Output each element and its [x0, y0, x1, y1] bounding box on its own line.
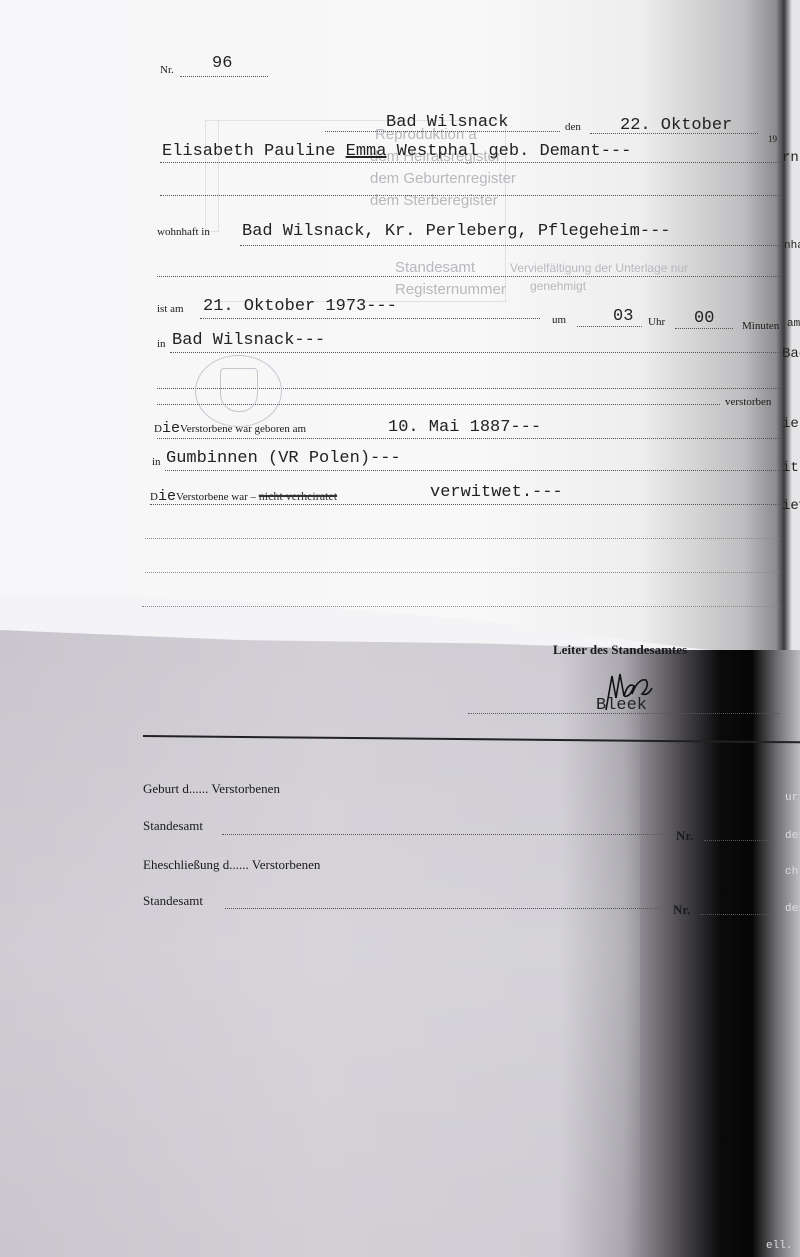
- adjacent-page-fragment: am: [787, 318, 800, 330]
- dotted-line: [157, 276, 780, 277]
- dotted-line: [704, 840, 774, 841]
- show-through-text: Standesamt: [395, 258, 475, 278]
- dotted-line: [200, 318, 540, 319]
- paper-sheen: [0, 640, 640, 1257]
- dotted-line: [675, 328, 733, 329]
- marital-line-label: DieVerstorbene war – nicht verheiratet: [150, 488, 337, 505]
- residence: Bad Wilsnack, Kr. Perleberg, Pflegeheim-…: [242, 222, 670, 241]
- dotted-line: [157, 438, 780, 439]
- adjacent-page-fragment: rn: [782, 150, 799, 166]
- show-through-box-small: [205, 120, 219, 232]
- show-through-text: dem Sterberegister: [370, 191, 498, 211]
- adjacent-page-fragment: chli: [785, 866, 800, 878]
- date-label: den: [565, 121, 581, 133]
- dotted-line: [222, 834, 662, 835]
- show-through-text: genehmigt: [530, 276, 586, 296]
- adjacent-page-fragment: des: [785, 830, 800, 842]
- document-page-upper: [0, 0, 800, 660]
- time-uhr-label: Uhr: [648, 316, 665, 328]
- dotted-line: [240, 245, 780, 246]
- adjacent-page-fragment: desa: [785, 903, 800, 915]
- death-place: Bad Wilsnack---: [172, 331, 325, 350]
- register-number-label: Nr.: [160, 64, 174, 76]
- show-through-text: Registernummer: [395, 280, 506, 300]
- dotted-line: [145, 572, 780, 573]
- year-prefix: 19: [768, 134, 777, 144]
- place-of-registration: Bad Wilsnack: [386, 113, 508, 132]
- adjacent-page-fragment: ell.: [766, 1240, 792, 1252]
- dotted-line: [225, 908, 660, 909]
- birth-reference-heading: Geburt d...... Verstorbenen: [143, 781, 280, 797]
- adjacent-page-fragment: nha: [784, 240, 800, 252]
- dotted-line: [180, 76, 268, 77]
- dotted-line: [142, 606, 780, 607]
- adjacent-page-fragment: iev: [782, 498, 800, 514]
- deceased-name: Elisabeth Pauline Emma Westphal geb. Dem…: [162, 142, 631, 161]
- dotted-line: [700, 914, 770, 915]
- registry-label-1: Standesamt: [143, 818, 203, 834]
- adjacent-page-fragment: ie: [782, 416, 799, 432]
- death-date-label: ist am: [157, 303, 184, 315]
- nr-label-1: Nr.: [676, 828, 693, 844]
- official-title: Leiter des Standesamtes: [553, 642, 687, 658]
- dotted-line: [170, 352, 780, 353]
- death-date: 21. Oktober 1973---: [203, 297, 397, 316]
- dotted-line: [160, 162, 780, 163]
- dotted-line: [150, 504, 780, 505]
- nr-label-2: Nr.: [673, 902, 690, 918]
- verstorben-label: verstorben: [725, 396, 771, 408]
- birth-place: Gumbinnen (VR Polen)---: [166, 449, 401, 468]
- adjacent-page-fragment: it: [782, 460, 799, 476]
- death-place-in: in: [157, 338, 166, 350]
- adjacent-page-fragment: Bad: [782, 346, 800, 362]
- name-rest: Westphal geb. Demant---: [386, 142, 631, 161]
- official-name: Bleek: [596, 696, 647, 715]
- death-minutes: 00: [694, 309, 714, 328]
- dotted-line: [577, 326, 642, 327]
- register-number: 96: [212, 54, 232, 73]
- time-um-label: um: [552, 314, 566, 326]
- dotted-line: [145, 538, 780, 539]
- residence-label: wohnhaft in: [157, 226, 210, 238]
- marriage-reference-heading: Eheschließung d...... Verstorbenen: [143, 857, 320, 873]
- birth-place-in: in: [152, 456, 161, 468]
- death-hour: 03: [613, 307, 633, 326]
- birth-date: 10. Mai 1887---: [388, 418, 541, 437]
- name-underlined: Emma: [346, 142, 387, 161]
- time-minutes-label: Minuten: [742, 320, 779, 332]
- seal-shield-icon: [220, 368, 258, 412]
- name-first: Elisabeth Pauline: [162, 142, 346, 161]
- marital-status: verwitwet.---: [430, 483, 563, 502]
- dotted-line: [165, 470, 780, 471]
- adjacent-page-fragment: urt: [785, 792, 800, 804]
- show-through-text: dem Geburtenregister: [370, 169, 516, 189]
- birth-line-label: DieVerstorbene war geboren am: [154, 420, 306, 437]
- registration-date: 22. Oktober: [620, 116, 732, 135]
- registry-label-2: Standesamt: [143, 893, 203, 909]
- show-through-text: Vervielfältigung der Unterlage nur: [510, 258, 688, 278]
- dotted-line: [160, 195, 780, 196]
